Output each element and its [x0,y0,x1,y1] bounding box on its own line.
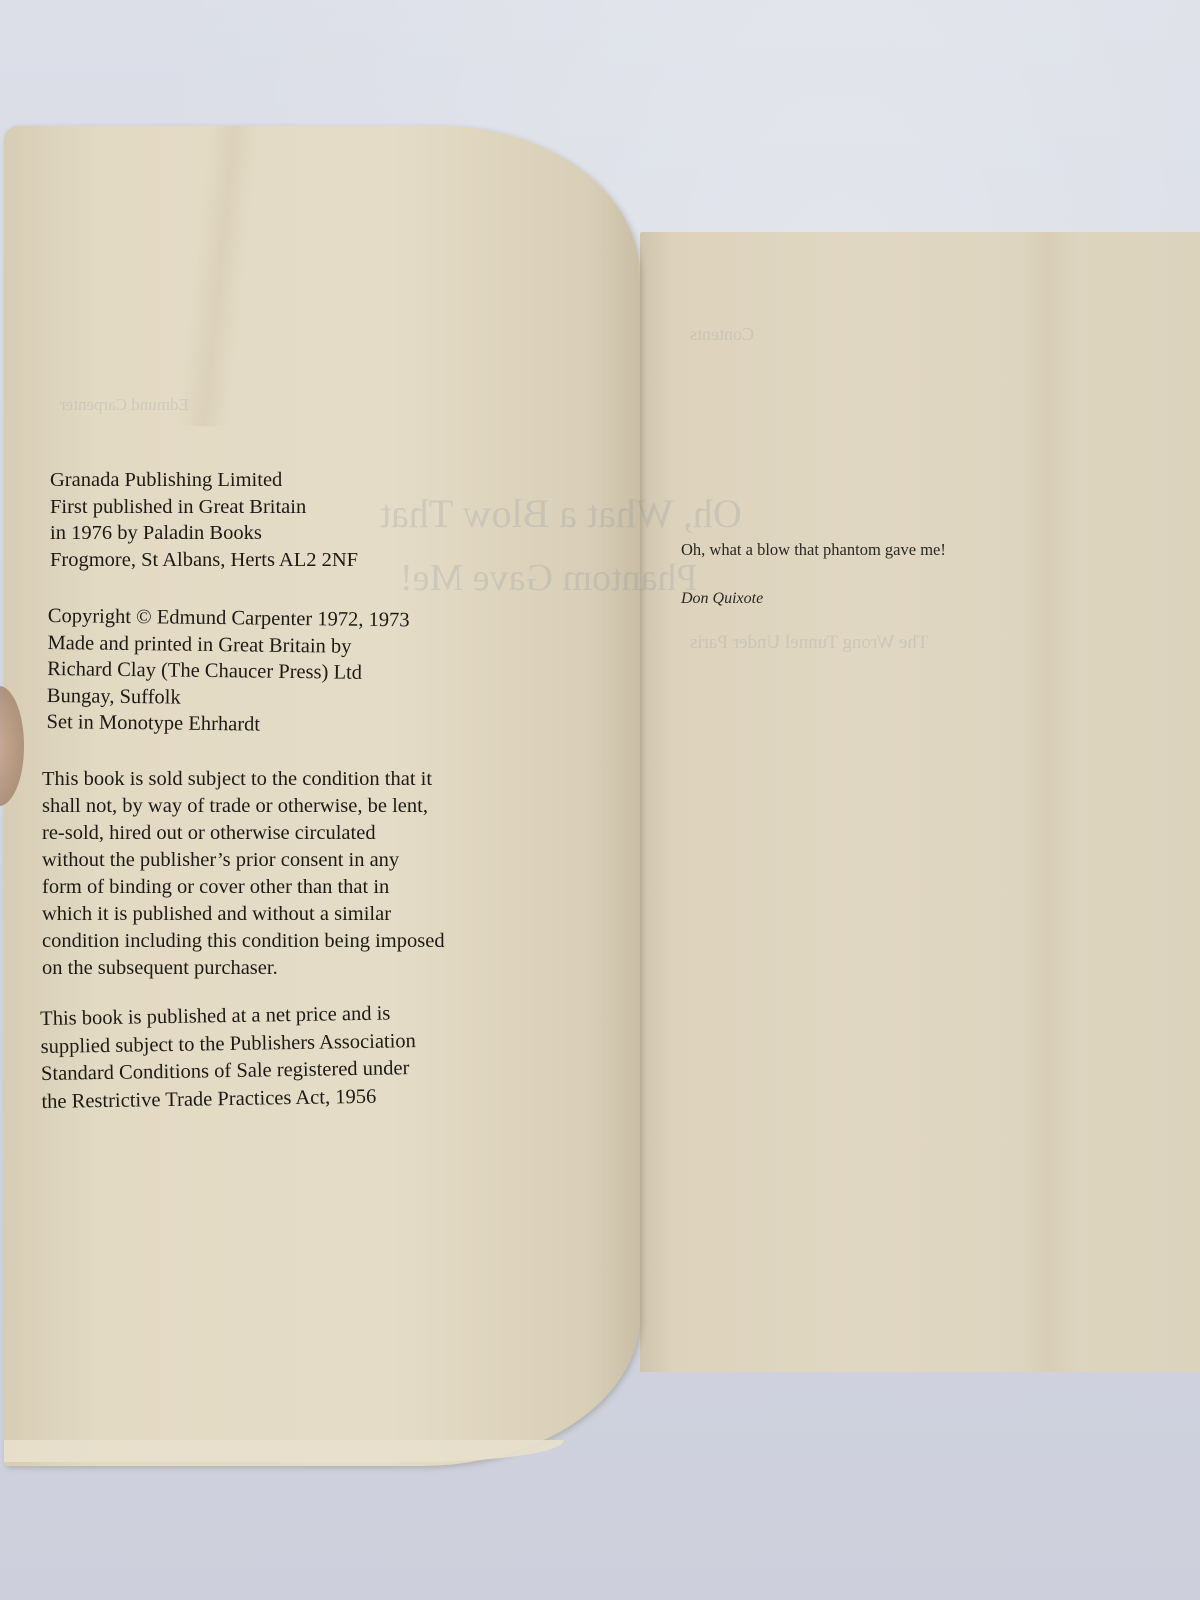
text-line: on the subsequent purchaser. [42,955,445,982]
text-line: Set in Monotype Ehrhardt [46,709,408,740]
publisher-imprint: Granada Publishing Limited First publish… [50,467,358,573]
show-through-text: The Wrong Tunnel Under Paris [690,632,928,654]
text-line: re-sold, hired out or otherwise circulat… [42,820,445,847]
show-through-text: Edmund Carpenter [60,395,189,415]
page-edge [4,1440,564,1462]
text-line: in 1976 by Paladin Books [50,520,358,547]
text-line: Granada Publishing Limited [50,467,358,494]
net-price-notice: This book is published at a net price an… [40,1000,417,1116]
show-through-text: Contents [690,324,754,345]
page-fold [178,126,260,426]
thumb [0,686,24,806]
text-line: Copyright © Edmund Carpenter 1972, 1973 [48,603,410,634]
text-line: condition including this condition being… [42,928,445,955]
text-line: Richard Clay (The Chaucer Press) Ltd [47,656,409,687]
text-line: Frogmore, St Albans, Herts AL2 2NF [50,547,358,574]
text-line: This book is sold subject to the conditi… [42,766,445,793]
sale-conditions: This book is sold subject to the conditi… [42,766,445,982]
text-line: form of binding or cover other than that… [42,874,445,901]
copyright-notice: Copyright © Edmund Carpenter 1972, 1973 … [46,603,409,740]
epigraph-quote: Oh, what a blow that phantom gave me! [681,540,946,560]
show-through-text: Phantom Gave Me! [400,556,698,600]
page-crease [1020,232,1080,1372]
right-page [640,232,1200,1372]
text-line: without the publisher’s prior consent in… [42,847,445,874]
text-line: which it is published and without a simi… [42,901,445,928]
show-through-text: Oh, What a Blow That [380,490,742,537]
text-line: shall not, by way of trade or otherwise,… [42,793,445,820]
text-line: First published in Great Britain [50,494,358,521]
text-line: the Restrictive Trade Practices Act, 195… [41,1083,417,1116]
